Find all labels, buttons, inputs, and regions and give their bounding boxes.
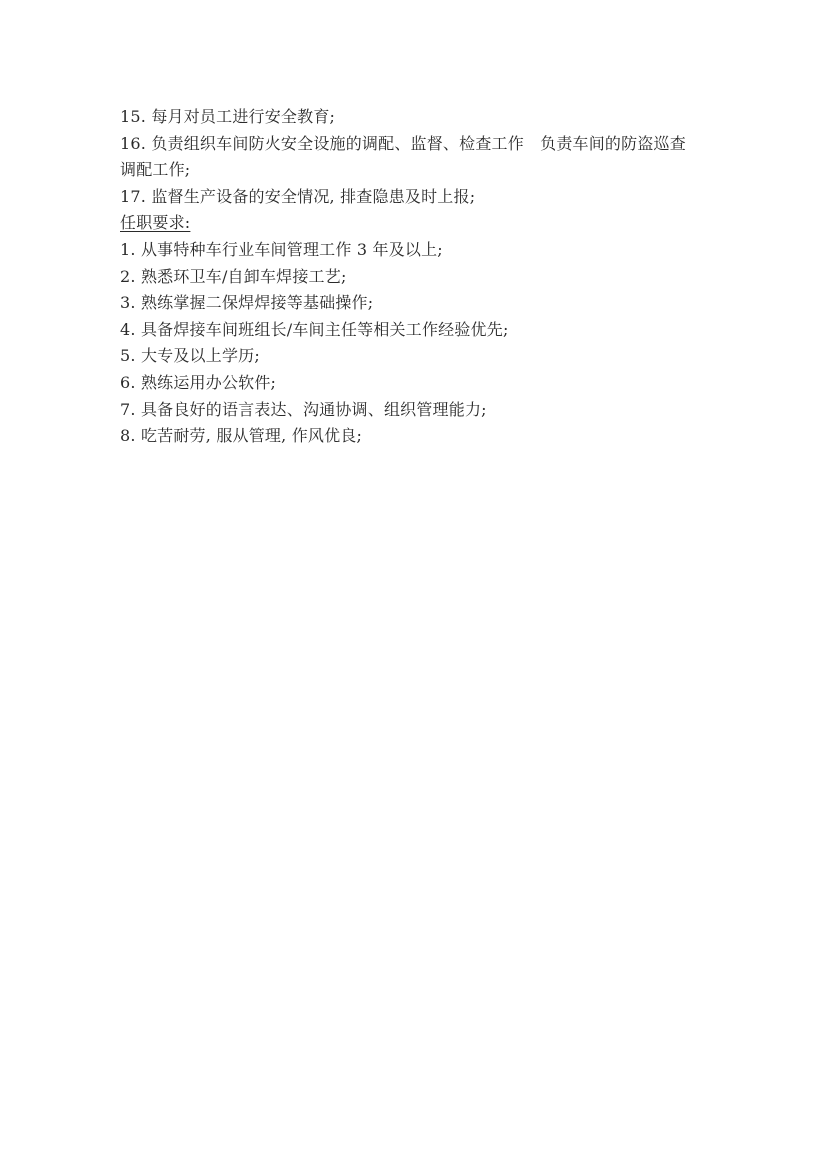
requirement-item-2: 2. 熟悉环卫车/自卸车焊接工艺; xyxy=(120,264,720,291)
duty-item-17: 17. 监督生产设备的安全情况, 排查隐患及时上报; xyxy=(120,184,720,211)
duty-item-16-continuation: 调配工作; xyxy=(120,157,720,184)
requirement-item-5: 5. 大专及以上学历; xyxy=(120,343,720,370)
requirement-item-6: 6. 熟练运用办公软件; xyxy=(120,370,720,397)
requirement-item-3: 3. 熟练掌握二保焊焊接等基础操作; xyxy=(120,290,720,317)
requirement-item-1: 1. 从事特种车行业车间管理工作 3 年及以上; xyxy=(120,237,720,264)
requirement-item-4: 4. 具备焊接车间班组长/车间主任等相关工作经验优先; xyxy=(120,317,720,344)
duty-item-16: 16. 负责组织车间防火安全设施的调配、监督、检查工作 负责车间的防盗巡查 xyxy=(120,131,720,158)
requirement-item-7: 7. 具备良好的语言表达、沟通协调、组织管理能力; xyxy=(120,397,720,424)
requirements-heading: 任职要求: xyxy=(120,210,720,237)
duty-item-15: 15. 每月对员工进行安全教育; xyxy=(120,104,720,131)
requirement-item-8: 8. 吃苦耐劳, 服从管理, 作风优良; xyxy=(120,423,720,450)
document-page: 15. 每月对员工进行安全教育; 16. 负责组织车间防火安全设施的调配、监督、… xyxy=(120,104,720,450)
